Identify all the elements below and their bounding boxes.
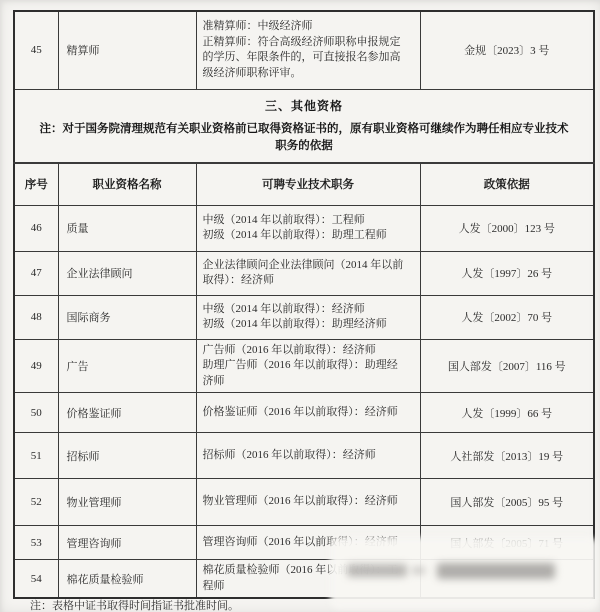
cell-name: 精算师 [58,11,196,89]
cell-positions: 物业管理师（2016 年以前取得）：经济师 [196,479,420,526]
cell-no: 49 [14,339,58,393]
section-cell: 三、其他资格 注：对于国务院清理规范有关职业资格前已取得资格证书的，原有职业资格… [14,89,594,163]
scanned-document-page: 45 精算师 准精算师：中级经济师 正精算师：符合高级经济师职称申报规定 的学历… [0,0,600,612]
cell-policy: 人发〔2002〕70 号 [420,295,594,339]
column-header-name: 职业资格名称 [58,163,196,205]
table-row: 49 广告 广告师（2016 年以前取得）：经济师 助理广告师（2016 年以前… [14,339,594,393]
table-row: 51 招标师 招标师（2016 年以前取得）：经济师 人社部发〔2013〕19 … [14,433,594,479]
cell-positions: 价格鉴证师（2016 年以前取得）：经济师 [196,393,420,433]
cell-no: 51 [14,433,58,479]
section-note: 注：对于国务院清理规范有关职业资格前已取得资格证书的，原有职业资格可继续作为聘任… [23,121,585,154]
table-row: 48 国际商务 中级（2014 年以前取得）：经济师 初级（2014 年以前取得… [14,295,594,339]
cell-name: 价格鉴证师 [58,393,196,433]
cell-policy: 人发〔1999〕66 号 [420,393,594,433]
qualification-table: 45 精算师 准精算师：中级经济师 正精算师：符合高级经济师职称申报规定 的学历… [13,10,595,599]
cell-name: 物业管理师 [58,479,196,526]
cell-policy: 金规〔2023〕3 号 [420,11,594,89]
column-header-positions: 可聘专业技术职务 [196,163,420,205]
cell-name: 国际商务 [58,295,196,339]
section-title: 三、其他资格 [23,97,585,114]
table-row: 47 企业法律顾问 企业法律顾问企业法律顾问（2014 年以前 取得）：经济师 … [14,251,594,295]
cell-positions: 企业法律顾问企业法律顾问（2014 年以前 取得）：经济师 [196,251,420,295]
column-header-policy: 政策依据 [420,163,594,205]
table-row: 46 质量 中级（2014 年以前取得）：工程师 初级（2014 年以前取得）：… [14,205,594,251]
cell-no: 54 [14,560,58,599]
cell-no: 53 [14,526,58,560]
blurred-text-smudge [437,563,555,579]
cell-no: 45 [14,11,58,89]
cell-positions: 招标师（2016 年以前取得）：经济师 [196,433,420,479]
cell-name: 质量 [58,205,196,251]
cell-positions: 准精算师：中级经济师 正精算师：符合高级经济师职称申报规定 的学历、年限条件的，… [196,11,420,89]
cell-positions: 广告师（2016 年以前取得）：经济师 助理广告师（2016 年以前取得）：助理… [196,339,420,393]
section-row: 三、其他资格 注：对于国务院清理规范有关职业资格前已取得资格证书的，原有职业资格… [14,89,594,163]
cell-no: 50 [14,393,58,433]
blurred-text-smudge [412,567,425,574]
cell-policy: 人社部发〔2013〕19 号 [420,433,594,479]
header-row: 序号 职业资格名称 可聘专业技术职务 政策依据 [14,163,594,205]
cell-no: 46 [14,205,58,251]
cell-policy: 国人部发〔2007〕116 号 [420,339,594,393]
cell-no: 47 [14,251,58,295]
cell-no: 48 [14,295,58,339]
table-row: 50 价格鉴证师 价格鉴证师（2016 年以前取得）：经济师 人发〔1999〕6… [14,393,594,433]
footer-note: 注：表格中证书取得时间指证书批准时间。 [30,597,239,612]
cell-positions: 中级（2014 年以前取得）：经济师 初级（2014 年以前取得）：助理经济师 [196,295,420,339]
cell-policy: 人发〔2000〕123 号 [420,205,594,251]
table-row: 45 精算师 准精算师：中级经济师 正精算师：符合高级经济师职称申报规定 的学历… [14,11,594,89]
cell-name: 管理咨询师 [58,526,196,560]
blurred-text-smudge [347,564,407,577]
column-header-no: 序号 [14,163,58,205]
cell-name: 招标师 [58,433,196,479]
cell-name: 广告 [58,339,196,393]
cell-name: 棉花质量检验师 [58,560,196,599]
cell-policy: 国人部发〔2005〕95 号 [420,479,594,526]
cell-no: 52 [14,479,58,526]
cell-policy: 人发〔1997〕26 号 [420,251,594,295]
table-row: 52 物业管理师 物业管理师（2016 年以前取得）：经济师 国人部发〔2005… [14,479,594,526]
cell-name: 企业法律顾问 [58,251,196,295]
cell-positions: 中级（2014 年以前取得）：工程师 初级（2014 年以前取得）：助理工程师 [196,205,420,251]
